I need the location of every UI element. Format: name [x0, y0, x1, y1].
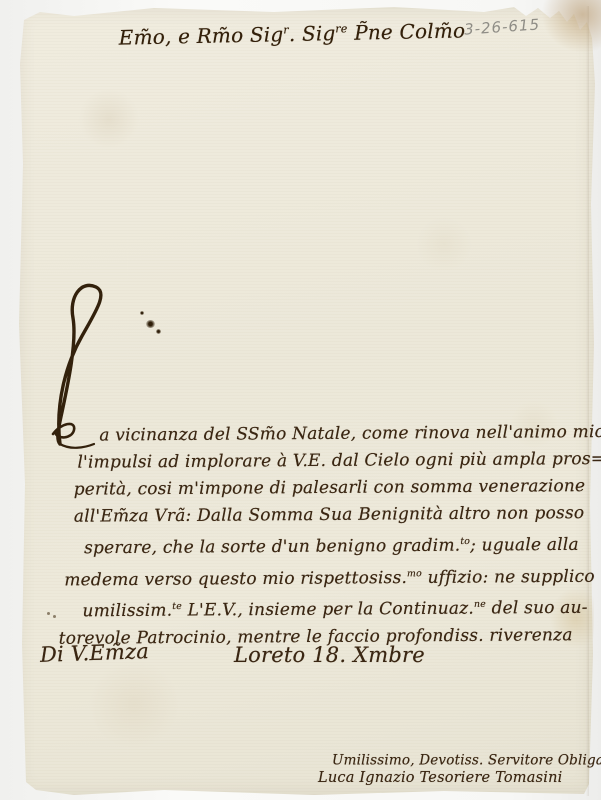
ink-speck: [53, 615, 56, 618]
ink-blot: [156, 329, 161, 334]
body-line-4: all'Em̃za Vrã: Dalla Somma Sua Benignit…: [74, 500, 570, 530]
body-line-6: medema verso questo mio rispettosiss.mo …: [64, 559, 570, 594]
corner-stain: [536, 0, 601, 58]
letter-body: a vicinanza del SSm̃o Natale, come rinov…: [57, 419, 571, 653]
ink-speck: [47, 612, 50, 615]
body-line-2: l'impulsi ad implorare à V.E. dal Cielo …: [77, 446, 569, 476]
body-line-7: umilissim.te L'E.V., insieme per la Cont…: [82, 591, 570, 626]
paper-fold-line: [586, 6, 589, 796]
closing-sender: Di V.Em̃za: [40, 639, 150, 667]
body-line-5: sperare, che la sorte d'un benigno gradi…: [84, 527, 570, 562]
letter-scan: Em̃o, e Rm̃o Sigr. Sigre P̃ne Colm̃o 3-2…: [0, 0, 601, 800]
signature-line-2: Luca Ignazio Tesoriere Tomasini: [318, 770, 562, 786]
place-date-line: Loreto 18. Xmbre: [234, 643, 425, 667]
signature-line-1: Umilissimo, Devotiss. Servitore Obligat.…: [332, 752, 601, 769]
body-line-1: a vicinanza del SSm̃o Natale, come rinov…: [99, 419, 569, 449]
ink-blot: [146, 320, 155, 328]
ink-blot: [140, 311, 144, 315]
body-line-3: perità, cosi m'impone di palesarli con s…: [74, 473, 570, 503]
